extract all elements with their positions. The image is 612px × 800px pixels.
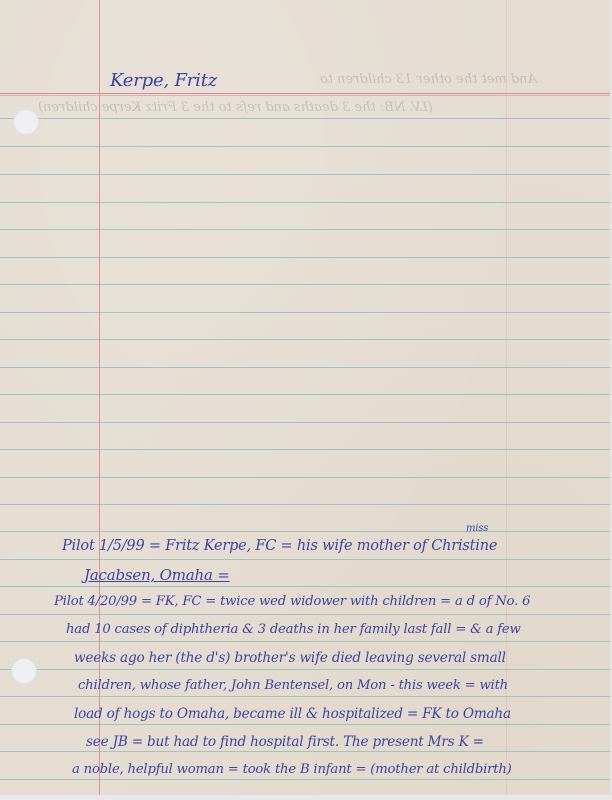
ruled-line xyxy=(0,641,610,642)
entry-line-8: see JB = but had to find hospital first.… xyxy=(86,734,484,750)
ruled-line xyxy=(0,559,610,560)
entry-line-9: a noble, helpful woman = took the B infa… xyxy=(72,762,512,777)
ruled-line xyxy=(0,779,610,780)
entry-line-5: weeks ago her (the d's) brother's wife d… xyxy=(74,650,506,666)
ruled-line xyxy=(0,339,610,340)
header-red-rule xyxy=(0,95,610,96)
ruled-line xyxy=(0,394,610,395)
ruled-line xyxy=(0,586,610,587)
ruled-line xyxy=(0,118,610,119)
ruled-line xyxy=(0,422,610,423)
entry-line-3: Pilot 4/20/99 = FK, FC = twice wed widow… xyxy=(54,594,530,609)
notebook-page: And met the other 13 children to (LV. NB… xyxy=(0,0,610,795)
ruled-line xyxy=(0,229,610,230)
ruled-line xyxy=(0,531,610,532)
ruled-line xyxy=(0,504,610,505)
entry-line-2: Jacabsen, Omaha = xyxy=(84,566,230,584)
ruled-line xyxy=(0,669,610,670)
entry-line-6: children, whose father, John Bentensel, … xyxy=(78,678,508,693)
ruled-line xyxy=(0,367,610,368)
bleed-through-text-1: And met the other 13 children to xyxy=(320,72,537,87)
heading-name: Kerpe, Fritz xyxy=(110,70,217,91)
ruled-line xyxy=(0,174,610,175)
ruled-line xyxy=(0,477,610,478)
ruled-line xyxy=(0,257,610,258)
ruled-line xyxy=(0,146,610,147)
ruled-line xyxy=(0,614,610,615)
header-red-rule xyxy=(0,93,610,94)
ruled-line xyxy=(0,312,610,313)
ruled-line xyxy=(0,449,610,450)
punch-hole-top xyxy=(13,109,39,135)
scanner-background xyxy=(0,795,612,800)
entry-line-1: Pilot 1/5/99 = Fritz Kerpe, FC = his wif… xyxy=(62,538,497,554)
punch-hole-bottom xyxy=(11,658,37,684)
ruled-line xyxy=(0,696,610,697)
entry-line-4: had 10 cases of diphtheria & 3 deaths in… xyxy=(66,622,521,637)
entry-superscript: miss xyxy=(466,523,488,534)
entry-line-7: load of hogs to Omaha, became ill & hosp… xyxy=(74,706,511,722)
ruled-line xyxy=(0,202,610,203)
ruled-line xyxy=(0,751,610,752)
ruled-line xyxy=(0,724,610,725)
bleed-through-text-2: (LV. NB: the 3 deaths and refs to the 3 … xyxy=(38,100,433,115)
left-margin-line xyxy=(99,0,100,795)
ruled-line xyxy=(0,284,610,285)
bleed-through-margin-line xyxy=(506,0,507,795)
